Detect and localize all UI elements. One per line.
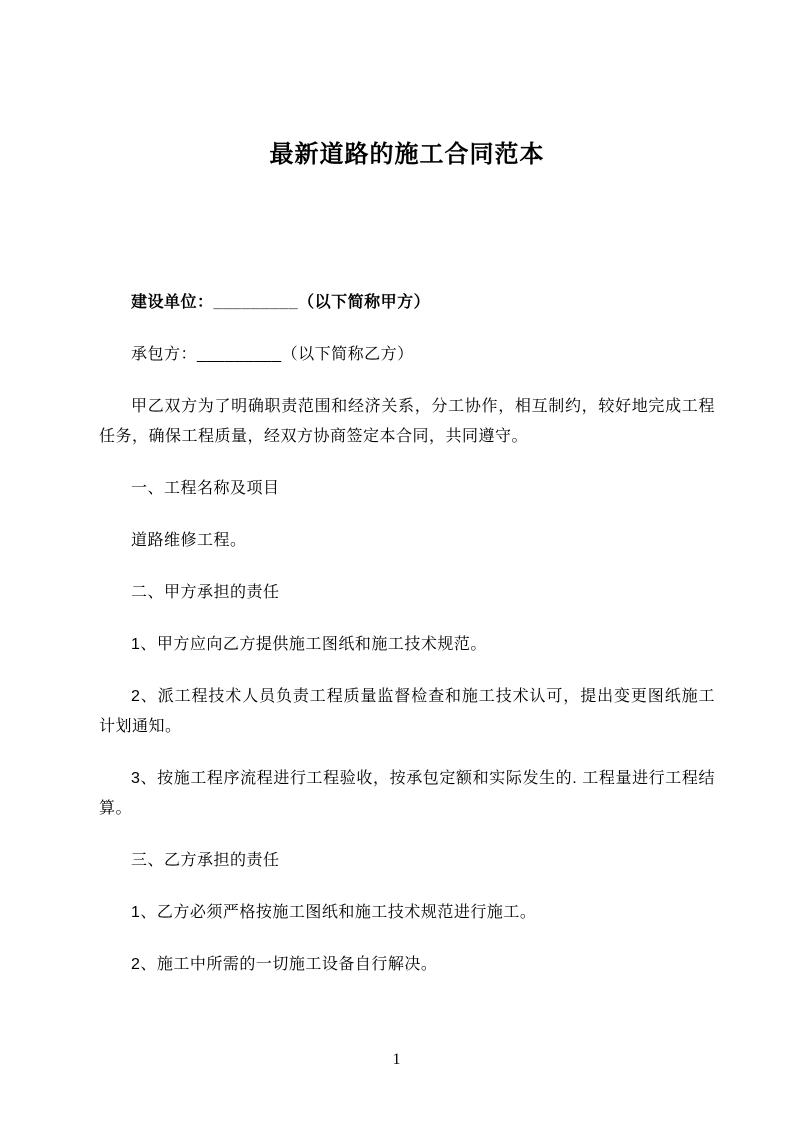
party-line-owner: 建设单位：_________（以下简称甲方） <box>99 288 715 318</box>
section-heading-2: 二、甲方承担的责任 <box>99 578 715 608</box>
document-title: 最新道路的施工合同范本 <box>99 140 715 170</box>
party-b-duty-item-1: 1、乙方必须严格按施工图纸和施工技术规范进行施工。 <box>99 898 715 928</box>
document-page: 最新道路的施工合同范本 建设单位：_________（以下简称甲方） 承包方：_… <box>0 0 793 1122</box>
party-b-duty-item-2: 2、施工中所需的一切施工设备自行解决。 <box>99 950 715 980</box>
section-heading-1: 一、工程名称及项目 <box>99 474 715 504</box>
section-heading-3: 三、乙方承担的责任 <box>99 846 715 876</box>
party-line-contractor: 承包方：_________（以下简称乙方） <box>99 340 715 370</box>
party-a-duty-item-2: 2、派工程技术人员负责工程质量监督检查和施工技术认可，提出变更图纸施工计划通知。 <box>99 682 715 742</box>
project-name-paragraph: 道路维修工程。 <box>99 526 715 556</box>
party-a-duty-item-1: 1、甲方应向乙方提供施工图纸和施工技术规范。 <box>99 630 715 660</box>
page-number: 1 <box>0 1048 793 1072</box>
party-a-duty-item-3: 3、按施工程序流程进行工程验收，按承包定额和实际发生的. 工程量进行工程结算。 <box>99 764 715 824</box>
intro-paragraph: 甲乙双方为了明确职责范围和经济关系，分工协作，相互制约，较好地完成工程任务，确保… <box>99 392 715 452</box>
